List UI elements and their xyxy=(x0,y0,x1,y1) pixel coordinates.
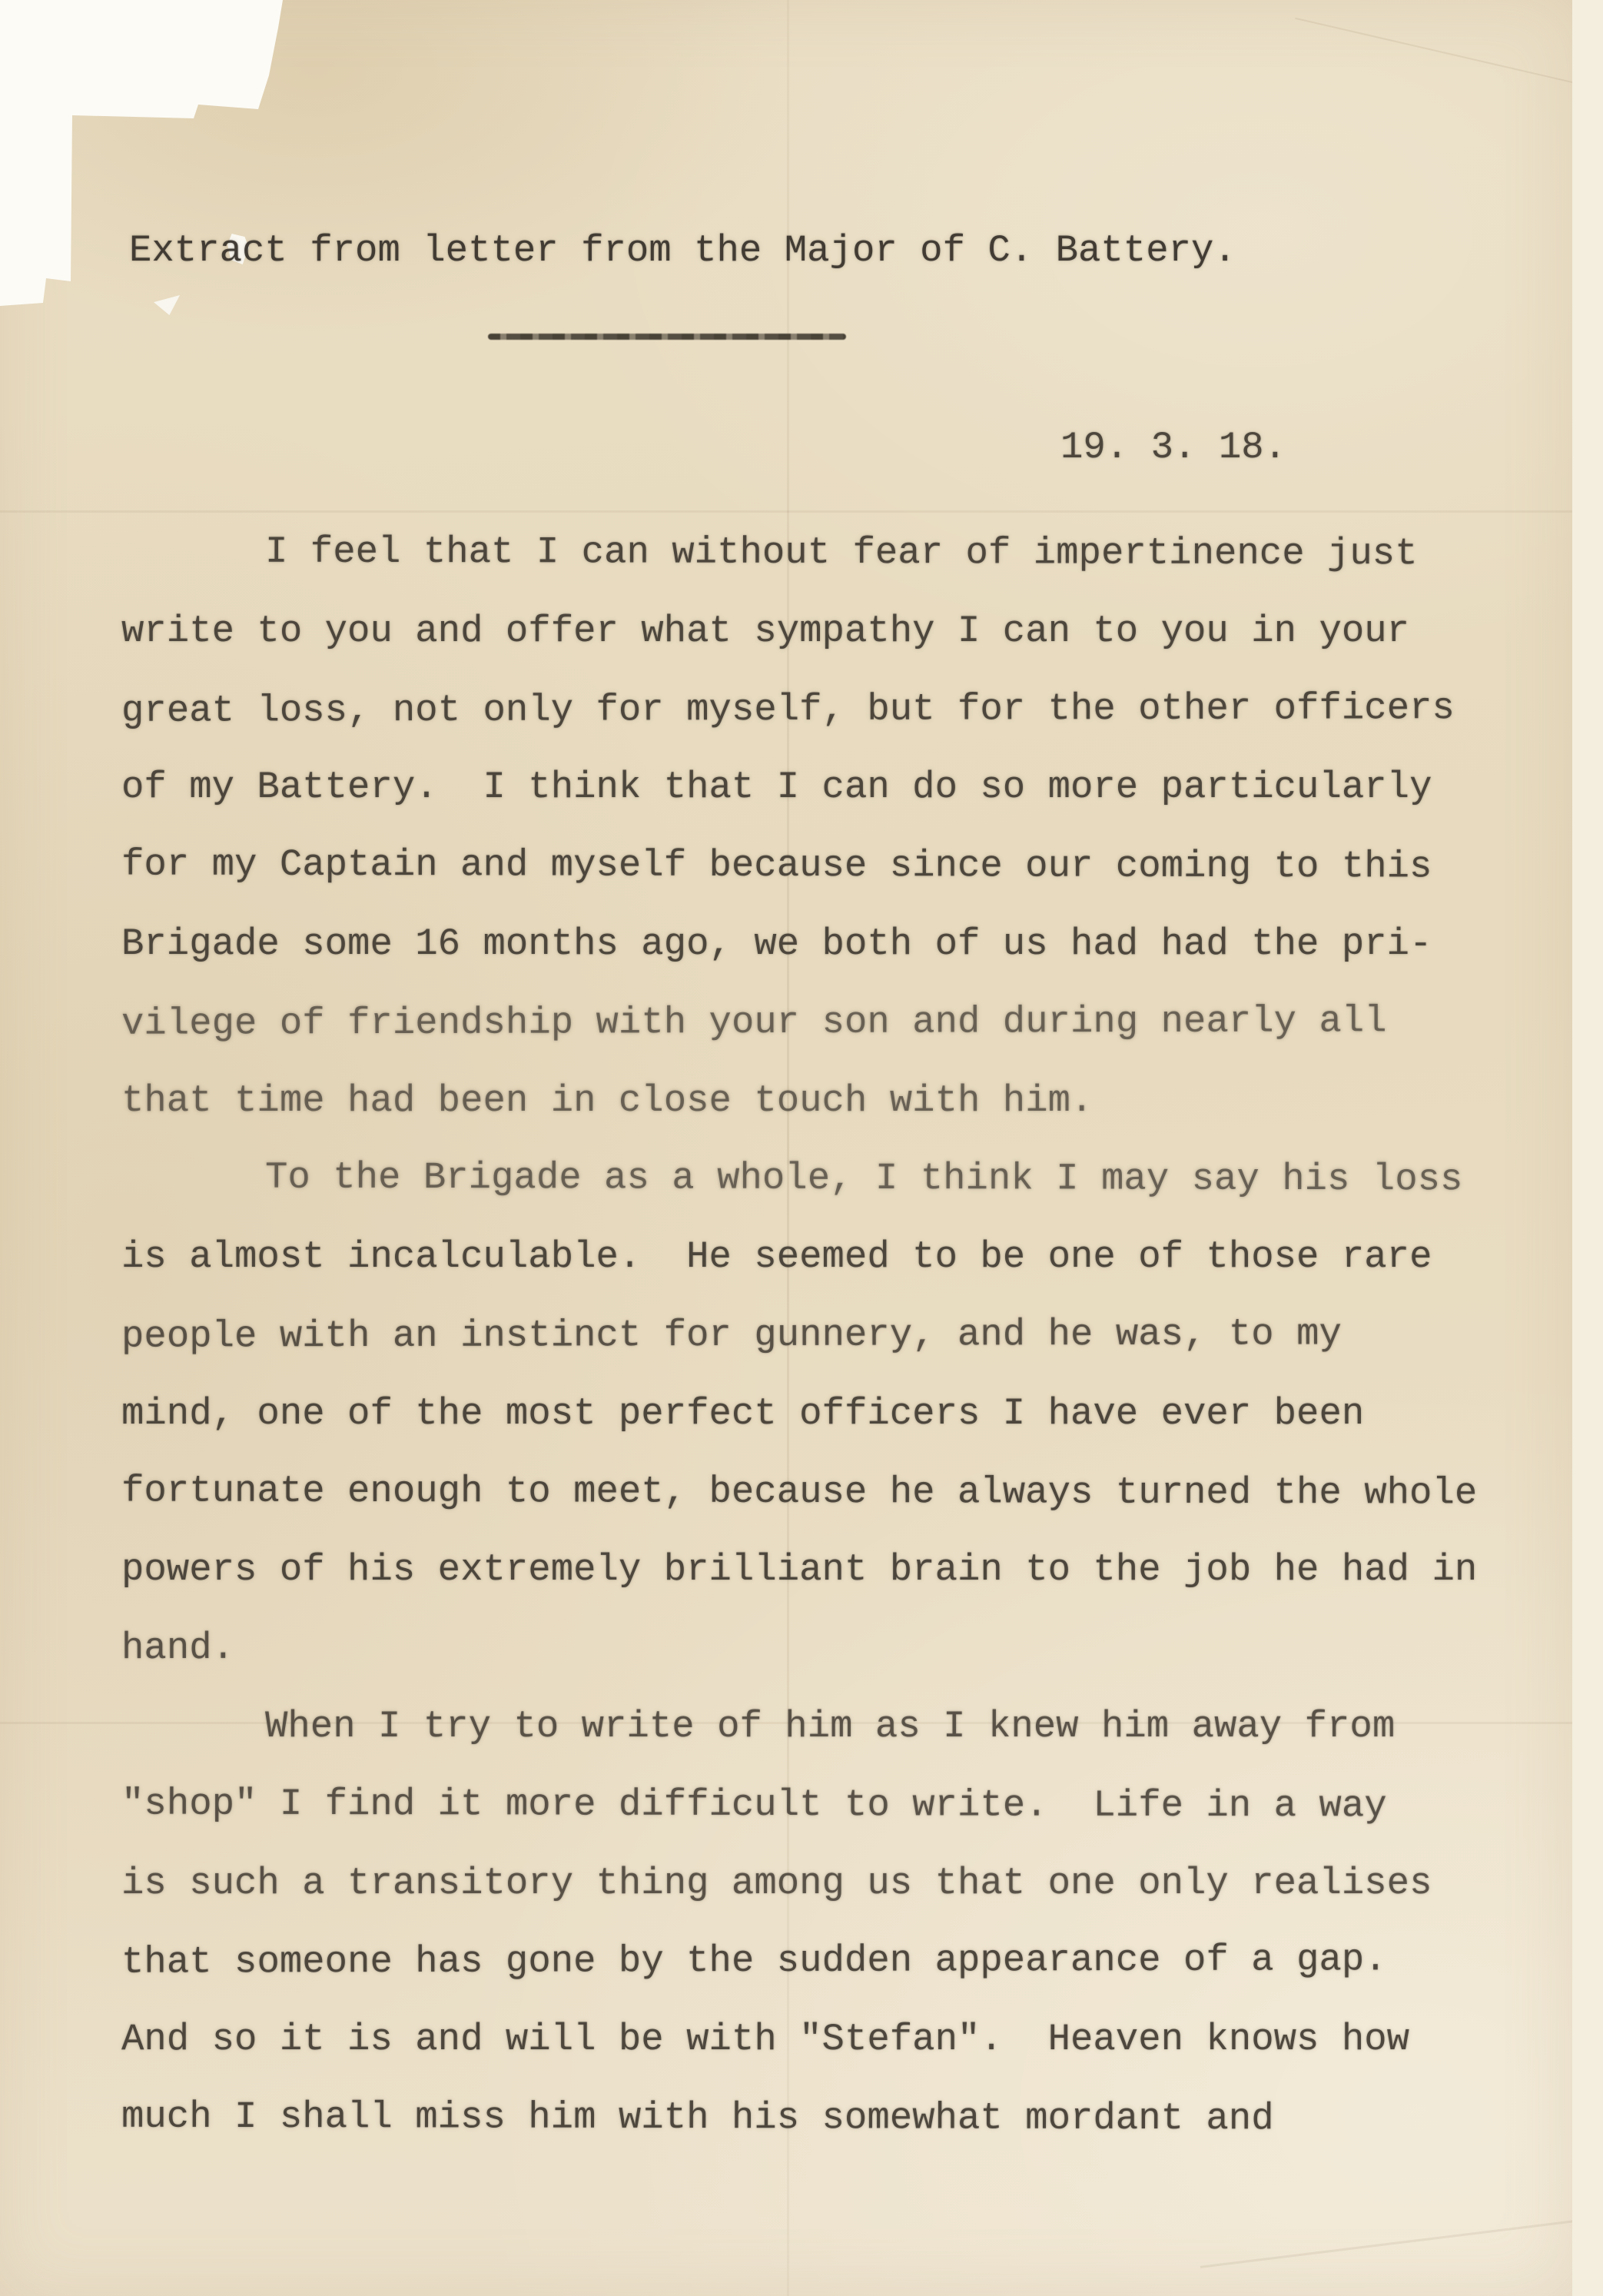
scanned-letter: Extract from letter from the Major of C.… xyxy=(0,0,1603,2296)
letter-line: that someone has gone by the sudden appe… xyxy=(121,1941,1387,1981)
letter-line: Brigade some 16 months ago, we both of u… xyxy=(121,925,1432,963)
letter-line: vilege of friendship with your son and d… xyxy=(121,1002,1387,1042)
letter-line: hand. xyxy=(121,1630,234,1667)
letter-line: I feel that I can without fear of impert… xyxy=(265,533,1418,573)
letter-line: "shop" I find it more difficult to write… xyxy=(121,1786,1387,1826)
paper-crease-horizontal xyxy=(0,510,1572,513)
letter-heading: Extract from letter from the Major of C.… xyxy=(129,232,1236,270)
letter-line: When I try to write of him as I knew him… xyxy=(265,1708,1395,1746)
letter-line: great loss, not only for myself, but for… xyxy=(121,689,1455,730)
heading-underline xyxy=(488,334,846,340)
letter-line: is almost incalculable. He seemed to be … xyxy=(121,1238,1432,1276)
letter-page: Extract from letter from the Major of C.… xyxy=(0,0,1572,2296)
letter-line: people with an instinct for gunnery, and… xyxy=(121,1315,1342,1355)
letter-line: fortunate enough to meet, because he alw… xyxy=(121,1472,1477,1512)
letter-line: To the Brigade as a whole, I think I may… xyxy=(265,1159,1463,1199)
letter-line: of my Battery. I think that I can do so … xyxy=(121,769,1432,806)
letter-line: for my Captain and myself because since … xyxy=(121,846,1432,886)
letter-line: mind, one of the most perfect officers I… xyxy=(121,1395,1364,1433)
letter-line: write to you and offer what sympathy I c… xyxy=(121,613,1409,650)
letter-line: is such a transitory thing among us that… xyxy=(121,1865,1432,1902)
paper-crease-diagonal xyxy=(1295,18,1603,91)
letter-date: 19. 3. 18. xyxy=(1060,429,1286,467)
paper-crease-diagonal xyxy=(1200,2215,1603,2268)
paper-tear-speck xyxy=(154,295,180,315)
letter-line: much I shall miss him with his somewhat … xyxy=(121,2098,1274,2138)
letter-line: that time had been in close touch with h… xyxy=(121,1082,1093,1120)
letter-line: powers of his extremely brilliant brain … xyxy=(121,1551,1477,1589)
letter-line: And so it is and will be with "Stefan". … xyxy=(121,2021,1409,2058)
